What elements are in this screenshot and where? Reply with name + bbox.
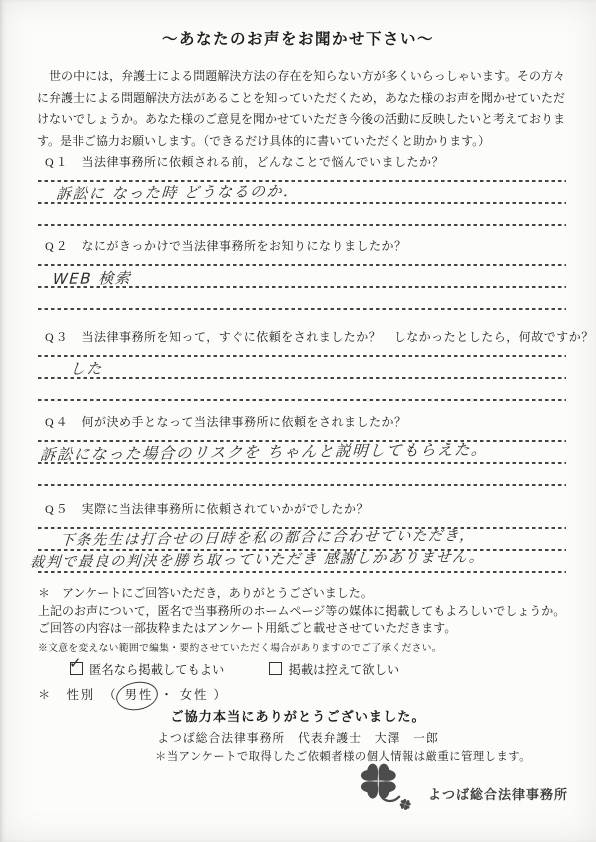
gender-prefix: ＊ 性別 （ [38, 688, 118, 702]
question-block-q3: Q３ 当法律事務所を知って，すぐに依頼をされましたか？ しなかったとしたら，何故… [0, 328, 596, 401]
answer-lines: WEB 検索 [38, 264, 566, 310]
question-head: Q５ 実際に当法律事務所に依頼されていかがでしたか？ [45, 500, 596, 517]
gender-female-label: 女性 [180, 688, 209, 702]
dashed-line [38, 377, 566, 379]
answer-lines: 訴訟になった場合のリスクを ちゃんと説明してもらえた。 [38, 440, 566, 486]
consent-edit-note: ※文意を変えない範囲で編集・要約させていただく場合がありますのでご了承ください。 [38, 640, 570, 658]
handwritten-answer-line2: 裁判で最良の判決を勝ち取っていただき 感謝しかありません。 [29, 545, 485, 572]
question-text: 当法律事務所に依頼される前，どんなことで悩んでいましたか？ [82, 155, 445, 169]
answer-lines: 下条先生は打合せの日時を私の都合に合わせていただき， 裁判で最良の判決を勝ち取っ… [38, 527, 566, 573]
closing-thanks: ご協力本当にありがとうございました。 [0, 706, 596, 725]
question-head: Q１ 当法律事務所に依頼される前，どんなことで悩んでいましたか？ [45, 153, 596, 170]
question-head: Q４ 何が決め手となって当法律事務所に依頼をされましたか？ [45, 413, 596, 430]
handwritten-answer: した [69, 358, 103, 379]
question-head: Q２ なにがきっかけで当法律事務所をお知りになりましたか？ [45, 237, 596, 254]
dashed-line [38, 399, 566, 401]
gender-separator: ・ [160, 688, 174, 702]
scanned-survey-page: 〜あなたのお声をお聞かせ下さい〜 世の中には，弁護士による問題解決方法の存在を知… [0, 0, 596, 842]
dashed-line [38, 571, 566, 573]
gender-row: ＊ 性別 （ 男性 ・ 女性 ） [38, 687, 570, 705]
signature-line: よつば総合法律事務所 代表弁護士 大澤 一郎 [0, 729, 596, 746]
option-publish-anonymous-label: 匿名なら掲載してもよい [89, 663, 224, 677]
handwritten-check-icon: ✓ [69, 655, 82, 673]
checkbox-publish-anonymous-checked-icon: ✓ [70, 662, 83, 675]
handwritten-answer: 訴訟になった場合のリスクを ちゃんと説明してもらえた。 [39, 438, 488, 465]
dashed-line [38, 484, 566, 486]
option-publish-anonymous: ✓ 匿名なら掲載してもよい [70, 662, 224, 680]
publish-options-row: ✓ 匿名なら掲載してもよい 掲載は控えて欲しい [70, 662, 570, 680]
question-label: Q２ [45, 237, 78, 254]
firm-logo: よつば総合法律事務所 [358, 762, 568, 814]
dashed-line [38, 355, 566, 357]
question-label: Q１ [45, 153, 78, 170]
consent-excerpt-line: ご回答の内容は一部抜粋またはアンケート用紙ごと載せさせていただきます。 [38, 620, 570, 638]
question-block-q5: Q５ 実際に当法律事務所に依頼されていかがでしたか？ 下条先生は打合せの日時を私… [0, 500, 596, 573]
dashed-line [38, 264, 566, 266]
question-label: Q５ [45, 500, 78, 517]
question-block-q1: Q１ 当法律事務所に依頼される前，どんなことで悩んでいましたか？ 訴訟に なった… [0, 153, 596, 226]
intro-paragraph: 世の中には，弁護士による問題解決方法の存在を知らない方が多くいらっしゃいます。そ… [37, 66, 565, 152]
survey-title: 〜あなたのお声をお聞かせ下さい〜 [0, 0, 596, 49]
question-block-q2: Q２ なにがきっかけで当法律事務所をお知りになりましたか？ WEB 検索 [0, 237, 596, 310]
dashed-line [38, 224, 566, 226]
question-label: Q３ [45, 328, 78, 345]
handwritten-answer: WEB 検索 [52, 267, 132, 289]
answer-lines: 訴訟に なった時 どうなるのか． [38, 180, 566, 226]
answer-lines: した [38, 355, 566, 401]
checkbox-no-publish-empty-icon [269, 662, 282, 675]
consent-thanks-line: ＊ アンケートにご回答いただき，ありがとうございました。 [38, 585, 570, 603]
handwritten-answer: 訴訟に なった時 どうなるのか． [55, 180, 300, 204]
gender-close: ） [213, 688, 227, 702]
question-text: 何が決め手となって当法律事務所に依頼をされましたか？ [82, 415, 407, 429]
consent-publish-line: 上記のお声について，匿名で当事務所のホームページ等の媒体に掲載してもよろしいでし… [38, 603, 570, 621]
option-no-publish: 掲載は控えて欲しい [269, 662, 399, 680]
question-text: 実際に当法律事務所に依頼されていかがでしたか？ [82, 502, 370, 516]
dashed-line [38, 308, 566, 310]
consent-section: ＊ アンケートにご回答いただき，ありがとうございました。 上記のお声について，匿… [38, 585, 570, 704]
question-block-q4: Q４ 何が決め手となって当法律事務所に依頼をされましたか？ 訴訟になった場合のリ… [0, 413, 596, 486]
four-leaf-clover-icon [358, 762, 416, 814]
question-text: なにがきっかけで当法律事務所をお知りになりましたか？ [82, 239, 407, 253]
question-text: 当法律事務所を知って，すぐに依頼をされましたか？ しなかったとしたら，何故ですか… [82, 330, 594, 344]
logo-text: よつば総合法律事務所 [428, 784, 568, 803]
option-no-publish-label: 掲載は控えて欲しい [289, 663, 400, 677]
question-label: Q４ [45, 413, 78, 430]
gender-male-option: 男性 [123, 687, 156, 705]
question-head: Q３ 当法律事務所を知って，すぐに依頼をされましたか？ しなかったとしたら，何故… [45, 328, 596, 345]
